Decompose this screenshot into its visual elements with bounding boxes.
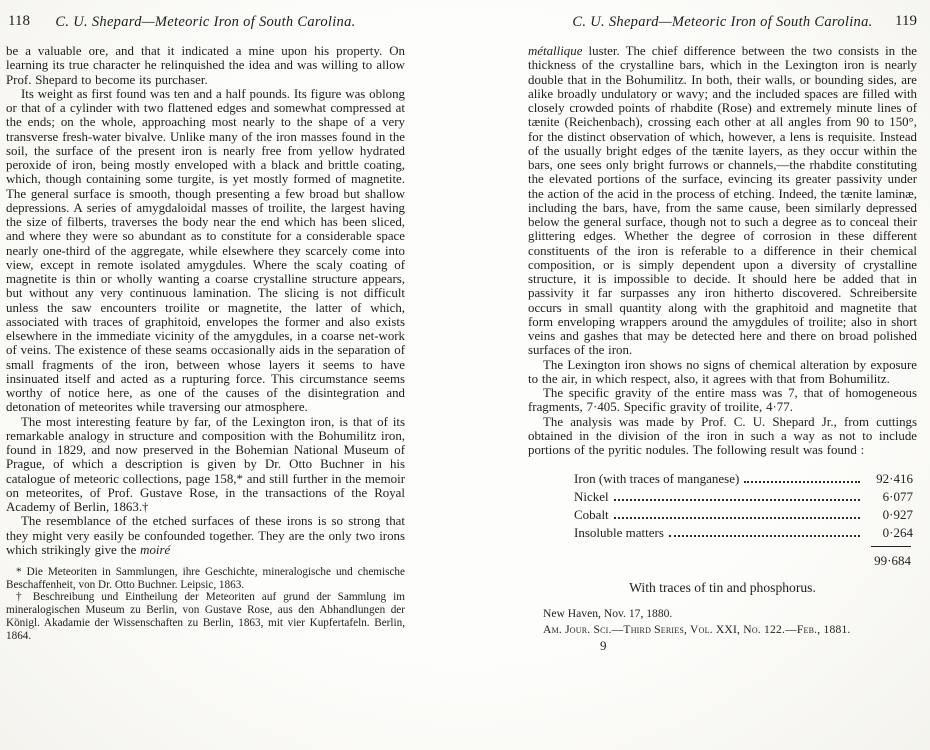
- dot-leader: [669, 535, 860, 537]
- footnotes: * Die Meteoriten in Sammlungen, ihre Ges…: [6, 566, 405, 642]
- dateline: New Haven, Nov. 17, 1880.: [543, 607, 917, 620]
- analyte-value: 92·416: [865, 470, 913, 488]
- analyte-value: 0·264: [865, 524, 913, 542]
- page-body-right: métallique luster. The chief difference …: [528, 44, 917, 457]
- paragraph-weight-description: Its weight as first found was ten and a …: [6, 87, 405, 415]
- paragraph-resemblance-text: The resemblance of the etched surfaces o…: [6, 514, 405, 557]
- paragraph-metallique: métallique luster. The chief difference …: [528, 44, 917, 358]
- dot-leader: [614, 499, 860, 501]
- analyte-value: 0·927: [865, 506, 913, 524]
- paragraph-metallique-text: luster. The chief difference between the…: [528, 44, 917, 357]
- dot-leader: [614, 517, 860, 519]
- trace-note: With traces of tin and phosphorus.: [528, 580, 917, 596]
- signature-mark: 9: [600, 638, 917, 654]
- table-row: Cobalt 0·927: [574, 506, 913, 524]
- analyte-value: 6·077: [865, 488, 913, 506]
- running-title-right: C. U. Shepard—Meteoric Iron of South Car…: [572, 14, 872, 30]
- analyte-label: Insoluble matters: [574, 524, 664, 542]
- analyte-label: Cobalt: [574, 506, 609, 524]
- paragraph-resemblance: The resemblance of the etched surfaces o…: [6, 514, 405, 557]
- page-number-right: 119: [895, 13, 917, 30]
- table-row: Nickel 6·077: [574, 488, 913, 506]
- page-body-left: be a valuable ore, and that it indicated…: [6, 44, 405, 557]
- page-118: 118 C. U. Shepard—Meteoric Iron of South…: [6, 0, 405, 750]
- analysis-table: Iron (with traces of manganese) 92·416 N…: [574, 470, 913, 569]
- page-number-left: 118: [8, 13, 30, 30]
- paragraph-specific-gravity: The specific gravity of the entire mass …: [528, 386, 917, 415]
- italic-word-moire: moiré: [140, 543, 170, 557]
- journal-spread: 118 C. U. Shepard—Meteoric Iron of South…: [0, 0, 930, 750]
- sum-rule: [871, 546, 911, 547]
- italic-word-metallique: métallique: [528, 44, 582, 58]
- page-header-right: C. U. Shepard—Meteoric Iron of South Car…: [528, 13, 917, 33]
- journal-citation: Am. Jour. Sci.—Third Series, Vol. XXI, N…: [543, 623, 917, 636]
- table-row: Insoluble matters 0·264: [574, 524, 913, 542]
- paragraph-analysis-intro: The analysis was made by Prof. C. U. She…: [528, 415, 917, 458]
- page-header-left: 118 C. U. Shepard—Meteoric Iron of South…: [6, 13, 405, 33]
- paragraph-continuation: be a valuable ore, and that it indicated…: [6, 44, 405, 87]
- analyte-label: Iron (with traces of manganese): [574, 470, 739, 488]
- dot-leader: [744, 481, 860, 483]
- footnote-dagger: † Beschreibung und Eintheilung der Meteo…: [6, 591, 405, 642]
- footnote-star: * Die Meteoriten in Sammlungen, ihre Ges…: [6, 566, 405, 591]
- analyte-label: Nickel: [574, 488, 609, 506]
- paragraph-bohumilitz-analogy: The most interesting feature by far, of …: [6, 415, 405, 515]
- table-row: Iron (with traces of manganese) 92·416: [574, 470, 913, 488]
- paragraph-no-alteration: The Lexington iron shows no signs of che…: [528, 358, 917, 387]
- running-title-left: C. U. Shepard—Meteoric Iron of South Car…: [55, 14, 355, 30]
- total-value: 99·684: [574, 553, 913, 569]
- page-119: C. U. Shepard—Meteoric Iron of South Car…: [528, 0, 917, 750]
